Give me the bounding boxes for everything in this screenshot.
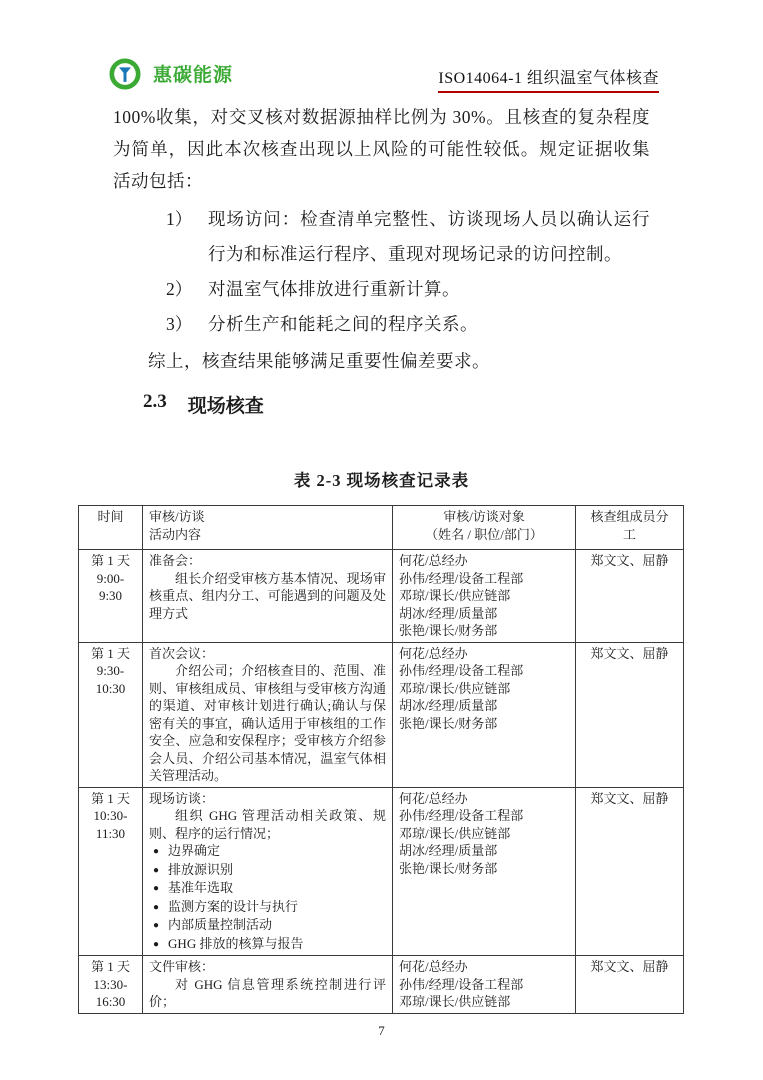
list-item: 3） 分析生产和能耗之间的程序关系。	[166, 307, 650, 342]
attendees-cell: 何花/总经办孙伟/经理/设备工程部邓琼/课长/供应链部胡冰/经理/质量部张艳/课…	[393, 787, 576, 956]
company-logo-icon	[108, 57, 142, 91]
time-line: 11:30	[85, 825, 136, 843]
table-row: 第 1 天9:30-10:30 首次会议： 介绍公司；介绍核查目的、范围、准则、…	[79, 642, 684, 787]
attendees-cell: 何花/总经办孙伟/经理/设备工程部邓琼/课长/供应链部胡冰/经理/质量部张艳/课…	[393, 550, 576, 643]
company-logo: 惠碳能源	[108, 57, 233, 91]
header-line: 活动内容	[149, 526, 386, 544]
time-line: 第 1 天	[85, 552, 136, 570]
header-cell-target: 审核/访谈对象 （姓名 / 职位/部门）	[393, 506, 576, 550]
activity-title: 文件审核：	[149, 958, 386, 976]
bullet-item: 排放源识别	[149, 861, 386, 880]
time-line: 16:30	[85, 993, 136, 1011]
attendees-cell: 何花/总经办孙伟/经理/设备工程部邓琼/课长/供应链部胡冰/经理/质量部张艳/课…	[393, 642, 576, 787]
header-cell-team: 核查组成员分 工	[576, 506, 684, 550]
time-cell: 第 1 天9:30-10:30	[79, 642, 143, 787]
attendee-line: 何花/总经办	[399, 645, 569, 663]
team-cell: 郑文文、屈静	[576, 956, 684, 1014]
bullet-item: 边界确定	[149, 842, 386, 861]
header-line: 审核/访谈	[149, 508, 386, 526]
team-cell: 郑文文、屈静	[576, 642, 684, 787]
bullet-item: GHG 排放的核算与报告	[149, 935, 386, 954]
time-line: 9:00-	[85, 570, 136, 588]
table-header-row: 时间 审核/访谈 活动内容 审核/访谈对象 （姓名 / 职位/部门） 核查组成员…	[79, 506, 684, 550]
activity-title: 现场访谈：	[149, 790, 386, 808]
header-line: 审核/访谈对象	[399, 508, 569, 526]
time-line: 9:30	[85, 587, 136, 605]
list-number: 3）	[166, 307, 208, 342]
time-line: 第 1 天	[85, 645, 136, 663]
attendee-line: 何花/总经办	[399, 958, 569, 976]
header-line: （姓名 / 职位/部门）	[399, 526, 569, 544]
time-line: 10:30	[85, 680, 136, 698]
attendee-line: 张艳/课长/财务部	[399, 715, 569, 733]
attendee-line: 邓琼/课长/供应链部	[399, 993, 569, 1011]
list-text: 现场访问：检查清单完整性、访谈现场人员以确认运行行为和标准运行程序、重现对现场记…	[208, 202, 650, 272]
attendee-line: 何花/总经办	[399, 552, 569, 570]
attendee-line: 邓琼/课长/供应链部	[399, 825, 569, 843]
team-cell: 郑文文、屈静	[576, 550, 684, 643]
time-line: 13:30-	[85, 976, 136, 994]
table-row: 第 1 天9:00-9:30 准备会： 组长介绍受审核方基本情况、现场审核重点、…	[79, 550, 684, 643]
section-number: 2.3	[143, 391, 167, 418]
header-line: 核查组成员分	[582, 508, 677, 526]
time-line: 第 1 天	[85, 958, 136, 976]
page-number: 7	[0, 1023, 763, 1039]
activity-cell: 首次会议： 介绍公司；介绍核查目的、范围、准则、审核组成员、审核组与受审核方沟通…	[143, 642, 393, 787]
team-cell: 郑文文、屈静	[576, 787, 684, 956]
bullet-item: 内部质量控制活动	[149, 916, 386, 935]
table-row: 第 1 天10:30-11:30 现场访谈： 组织 GHG 管理活动相关政策、规…	[79, 787, 684, 956]
list-number: 2）	[166, 272, 208, 307]
attendee-line: 孙伟/经理/设备工程部	[399, 662, 569, 680]
bullet-item: 监测方案的设计与执行	[149, 898, 386, 917]
attendee-line: 邓琼/课长/供应链部	[399, 587, 569, 605]
attendee-line: 孙伟/经理/设备工程部	[399, 570, 569, 588]
conclusion-paragraph: 综上，核查结果能够满足重要性偏差要求。	[113, 345, 650, 377]
activity-body: 组织 GHG 管理活动相关政策、规则、程序的运行情况；	[149, 807, 386, 842]
document-header-title: ISO14064-1 组织温室气体核查	[438, 65, 659, 93]
numbered-list: 1） 现场访问：检查清单完整性、访谈现场人员以确认运行行为和标准运行程序、重现对…	[113, 202, 650, 342]
attendees-cell: 何花/总经办孙伟/经理/设备工程部邓琼/课长/供应链部	[393, 956, 576, 1014]
header-line: 工	[582, 526, 677, 544]
bullet-item: 基准年选取	[149, 879, 386, 898]
activity-bullets: 边界确定排放源识别基准年选取监测方案的设计与执行内部质量控制活动GHG 排放的核…	[149, 842, 386, 953]
attendee-line: 何花/总经办	[399, 790, 569, 808]
time-cell: 第 1 天13:30-16:30	[79, 956, 143, 1014]
list-number: 1）	[166, 202, 208, 272]
header-cell-time: 时间	[79, 506, 143, 550]
table-body: 第 1 天9:00-9:30 准备会： 组长介绍受审核方基本情况、现场审核重点、…	[79, 550, 684, 1014]
document-page: 惠碳能源 ISO14064-1 组织温室气体核查 100%收集，对交叉核对数据源…	[0, 0, 763, 1080]
list-text: 对温室气体排放进行重新计算。	[208, 272, 650, 307]
activity-title: 准备会：	[149, 552, 386, 570]
time-line: 10:30-	[85, 807, 136, 825]
activity-body: 介绍公司；介绍核查目的、范围、准则、审核组成员、审核组与受审核方沟通的渠道、对审…	[149, 662, 386, 785]
company-logo-text: 惠碳能源	[153, 60, 233, 89]
page-body: 100%收集，对交叉核对数据源抽样比例为 30%。且核查的复杂程度为简单，因此本…	[113, 101, 650, 418]
activity-cell: 现场访谈： 组织 GHG 管理活动相关政策、规则、程序的运行情况； 边界确定排放…	[143, 787, 393, 956]
time-line: 第 1 天	[85, 790, 136, 808]
activity-cell: 文件审核： 对 GHG 信息管理系统控制进行评价；	[143, 956, 393, 1014]
attendee-line: 孙伟/经理/设备工程部	[399, 807, 569, 825]
site-verification-table: 时间 审核/访谈 活动内容 审核/访谈对象 （姓名 / 职位/部门） 核查组成员…	[78, 505, 684, 1014]
activity-cell: 准备会： 组长介绍受审核方基本情况、现场审核重点、组内分工、可能遇到的问题及处理…	[143, 550, 393, 643]
time-cell: 第 1 天10:30-11:30	[79, 787, 143, 956]
table-caption: 表 2-3 现场核查记录表	[0, 467, 763, 491]
attendee-line: 胡冰/经理/质量部	[399, 605, 569, 623]
list-item: 1） 现场访问：检查清单完整性、访谈现场人员以确认运行行为和标准运行程序、重现对…	[166, 202, 650, 272]
intro-paragraph: 100%收集，对交叉核对数据源抽样比例为 30%。且核查的复杂程度为简单，因此本…	[113, 101, 650, 197]
table-row: 第 1 天13:30-16:30 文件审核： 对 GHG 信息管理系统控制进行评…	[79, 956, 684, 1014]
section-title: 现场核查	[188, 391, 264, 418]
attendee-line: 孙伟/经理/设备工程部	[399, 976, 569, 994]
activity-body: 组长介绍受审核方基本情况、现场审核重点、组内分工、可能遇到的问题及处理方式	[149, 570, 386, 623]
attendee-line: 张艳/课长/财务部	[399, 860, 569, 878]
list-text: 分析生产和能耗之间的程序关系。	[208, 307, 650, 342]
attendee-line: 张艳/课长/财务部	[399, 622, 569, 640]
time-line: 9:30-	[85, 662, 136, 680]
list-item: 2） 对温室气体排放进行重新计算。	[166, 272, 650, 307]
attendee-line: 胡冰/经理/质量部	[399, 697, 569, 715]
section-heading: 2.3 现场核查	[143, 391, 650, 418]
attendee-line: 邓琼/课长/供应链部	[399, 680, 569, 698]
time-cell: 第 1 天9:00-9:30	[79, 550, 143, 643]
header-cell-activity: 审核/访谈 活动内容	[143, 506, 393, 550]
activity-body: 对 GHG 信息管理系统控制进行评价；	[149, 976, 386, 1011]
page-header: 惠碳能源 ISO14064-1 组织温室气体核查	[108, 47, 659, 91]
attendee-line: 胡冰/经理/质量部	[399, 842, 569, 860]
activity-title: 首次会议：	[149, 645, 386, 663]
